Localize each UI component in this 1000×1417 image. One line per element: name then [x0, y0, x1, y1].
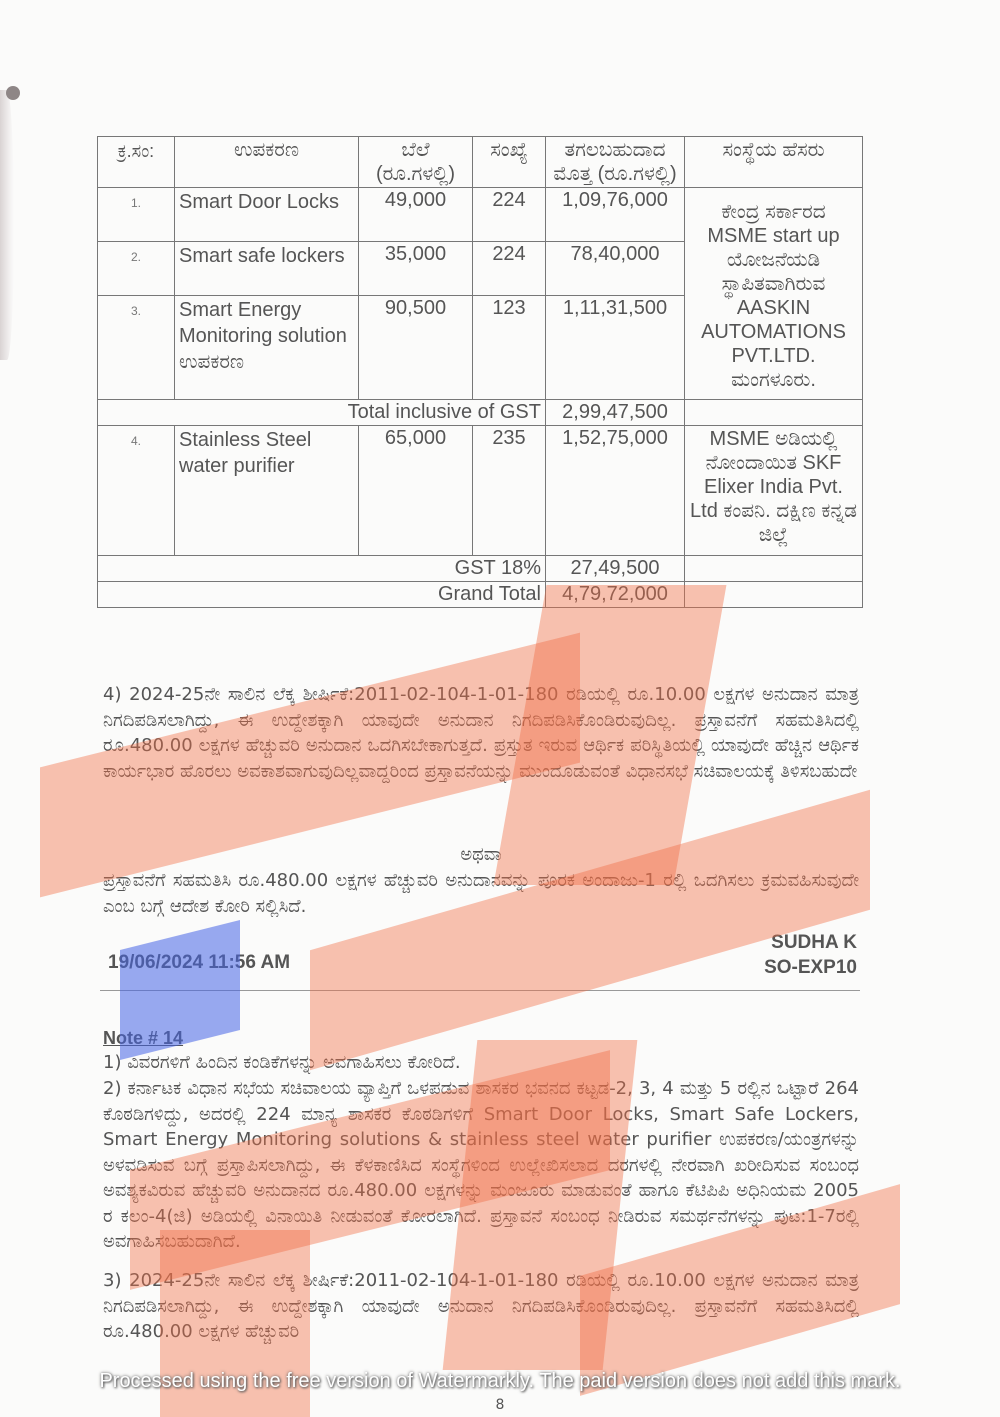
subtotal-row: Total inclusive of GST 2,99,47,500	[98, 400, 863, 426]
row-item: Stainless Steel water purifier	[175, 426, 359, 556]
note-point-1: 1) ವಿವರಗಳಿಗೆ ಹಿಂದಿನ ಕಂಡಿಕೆಗಳನ್ನು ಅವಗಾಹಿಸ…	[103, 1050, 859, 1076]
row-price: 35,000	[359, 242, 473, 296]
row-qty: 224	[473, 242, 546, 296]
row-sl: 2.	[98, 242, 175, 296]
header-price: ಬೆಲೆ (ರೂ.ಗಳಲ್ಲಿ)	[359, 137, 473, 188]
gst-row: GST 18% 27,49,500	[98, 556, 863, 582]
page-edge-shadow	[0, 90, 14, 360]
watermark-notice: Processed using the free version of Wate…	[0, 1370, 1000, 1393]
note-point-3: 3) 2024-25ನೇ ಸಾಲಿನ ಲೆಕ್ಕ ಶೀರ್ಷಿಕೆ:2011-0…	[103, 1268, 859, 1345]
paragraph-4: 4) 2024-25ನೇ ಸಾಲಿನ ಲೆಕ್ಕ ಶೀರ್ಷಿಕೆ:2011-0…	[103, 682, 859, 784]
punch-hole	[6, 86, 20, 100]
table-header-row: ಕ್ರ.ಸಂ: ಉಪಕರಣ ಬೆಲೆ (ರೂ.ಗಳಲ್ಲಿ) ಸಂಖ್ಯೆ ತಗ…	[98, 137, 863, 188]
row-sl: 4.	[98, 426, 175, 556]
signatory-designation: SO-EXP10	[764, 957, 857, 979]
row-amount: 1,52,75,000	[546, 426, 685, 556]
row-qty: 123	[473, 296, 546, 400]
organization-aaskin: ಕೇಂದ್ರ ಸರ್ಕಾರದ MSME start up ಯೋಜನೆಯಡಿ ಸ್…	[685, 188, 863, 400]
grand-total-value: 4,79,72,000	[546, 582, 685, 608]
note-timestamp: 19/06/2024 11:56 AM	[108, 952, 290, 974]
note-title-text: Note # 14	[103, 1028, 183, 1048]
subtotal-value: 2,99,47,500	[546, 400, 685, 426]
grand-total-row: Grand Total 4,79,72,000	[98, 582, 863, 608]
grand-total-label: Grand Total	[98, 582, 546, 608]
row-amount: 78,40,000	[546, 242, 685, 296]
subtotal-label: Total inclusive of GST	[98, 400, 546, 426]
divider	[100, 990, 860, 991]
row-sl: 1.	[98, 188, 175, 242]
items-table: ಕ್ರ.ಸಂ: ಉಪಕರಣ ಬೆಲೆ (ರೂ.ಗಳಲ್ಲಿ) ಸಂಖ್ಯೆ ತಗ…	[97, 136, 863, 608]
note-title: Note # 14	[103, 1026, 859, 1052]
organization-skf: MSME ಅಡಿಯಲ್ಲಿ ನೋಂದಾಯಿತ SKF Elixer India …	[685, 426, 863, 556]
paragraph-alternative: ಪ್ರಸ್ತಾವನೆಗೆ ಸಹಮತಿಸಿ ರೂ.480.00 ಲಕ್ಷಗಳ ಹೆ…	[103, 868, 859, 919]
row-sl: 3.	[98, 296, 175, 400]
header-item: ಉಪಕರಣ	[175, 137, 359, 188]
row-item: Smart Energy Monitoring solution ಉಪಕರಣ	[175, 296, 359, 400]
signatory-name: SUDHA K	[771, 932, 857, 954]
row-qty: 224	[473, 188, 546, 242]
table-row: 1. Smart Door Locks 49,000 224 1,09,76,0…	[98, 188, 863, 242]
header-qty: ಸಂಖ್ಯೆ	[473, 137, 546, 188]
header-amount: ತಗಲಬಹುದಾದ ಮೊತ್ತ (ರೂ.ಗಳಲ್ಲಿ)	[546, 137, 685, 188]
table-row: 4. Stainless Steel water purifier 65,000…	[98, 426, 863, 556]
gst-label: GST 18%	[98, 556, 546, 582]
row-price: 49,000	[359, 188, 473, 242]
row-price: 90,500	[359, 296, 473, 400]
gst-value: 27,49,500	[546, 556, 685, 582]
row-item: Smart Door Locks	[175, 188, 359, 242]
note-point-2: 2) ಕರ್ನಾಟಕ ವಿಧಾನ ಸಭೆಯ ಸಚಿವಾಲಯ ವ್ಯಾಪ್ತಿಗೆ…	[103, 1076, 859, 1255]
row-amount: 1,09,76,000	[546, 188, 685, 242]
row-price: 65,000	[359, 426, 473, 556]
header-organization: ಸಂಸ್ಥೆಯ ಹೆಸರು	[685, 137, 863, 188]
page-number: 8	[0, 1397, 1000, 1413]
row-amount: 1,11,31,500	[546, 296, 685, 400]
row-item: Smart safe lockers	[175, 242, 359, 296]
or-separator: ಅಥವಾ	[103, 842, 859, 868]
header-sl-no: ಕ್ರ.ಸಂ:	[98, 137, 175, 188]
row-qty: 235	[473, 426, 546, 556]
